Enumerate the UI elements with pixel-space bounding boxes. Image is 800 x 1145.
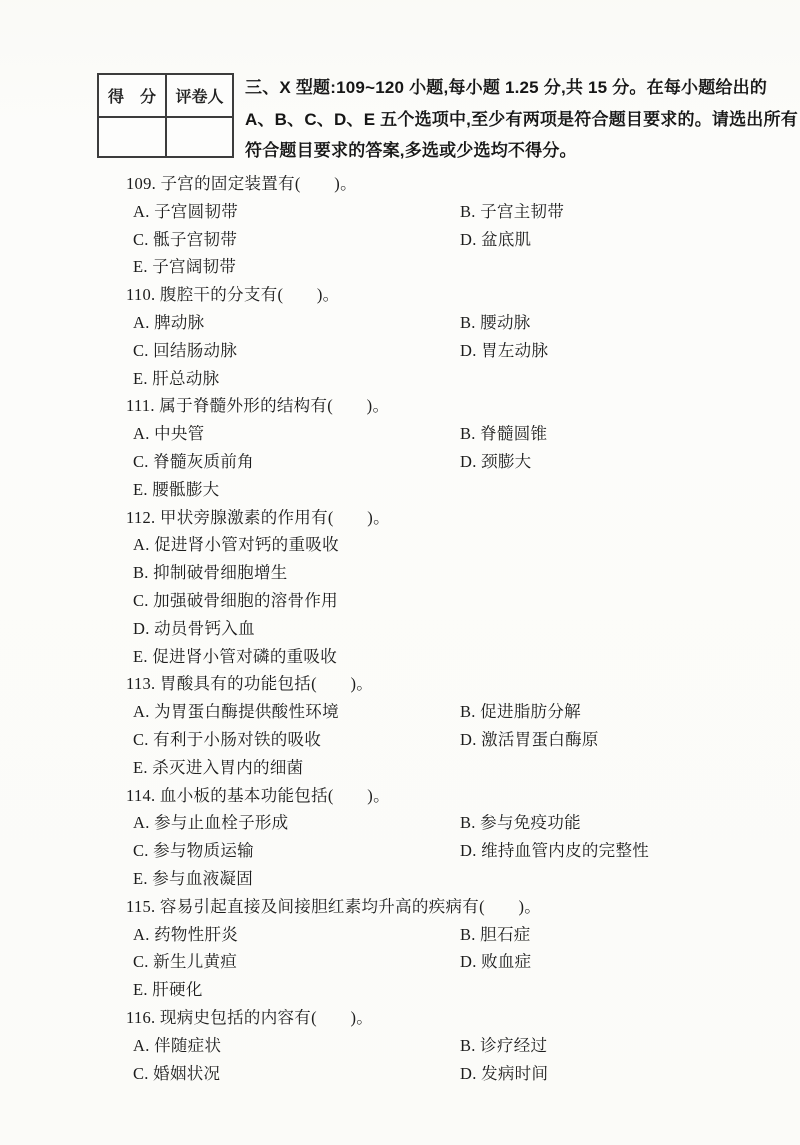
option-e: E. 子宫阔韧带 <box>0 253 236 281</box>
option-row: C. 有利于小肠对铁的吸收D. 激活胃蛋白酶原 <box>0 726 800 754</box>
question-stem-row: 109. 子宫的固定装置有( )。 <box>0 170 800 198</box>
option-b: B. 腰动脉 <box>460 309 531 337</box>
option-c: C. 有利于小肠对铁的吸收 <box>0 726 321 754</box>
section-instructions: 三、X 型题:109~120 小题,每小题 1.25 分,共 15 分。在每小题… <box>245 72 785 167</box>
option-row: E. 肝总动脉 <box>0 365 800 393</box>
option-c: C. 回结肠动脉 <box>0 337 237 365</box>
option-row: E. 促进肾小管对磷的重吸收 <box>0 643 800 671</box>
question-stem-row: 111. 属于脊髓外形的结构有( )。 <box>0 392 800 420</box>
option-e: E. 肝硬化 <box>0 976 203 1004</box>
option-c: C. 新生儿黄疸 <box>0 948 237 976</box>
option-a: A. 脾动脉 <box>0 309 204 337</box>
option-a: A. 中央管 <box>0 420 204 448</box>
option-b: B. 脊髓圆锥 <box>460 420 547 448</box>
option-a: A. 为胃蛋白酶提供酸性环境 <box>0 698 339 726</box>
question-stem-row: 115. 容易引起直接及间接胆红素均升高的疾病有( )。 <box>0 893 800 921</box>
scanned-exam-page: { "score_box": { "score_label": "得 分", "… <box>0 0 800 1145</box>
option-b: B. 诊疗经过 <box>460 1032 547 1060</box>
option-row: E. 子宫阔韧带 <box>0 253 800 281</box>
option-d: D. 盆底肌 <box>460 226 531 254</box>
option-row: C. 新生儿黄疸D. 败血症 <box>0 948 800 976</box>
option-row: A. 促进肾小管对钙的重吸收 <box>0 531 800 559</box>
option-d: D. 激活胃蛋白酶原 <box>460 726 599 754</box>
option-a: A. 参与止血栓子形成 <box>0 809 288 837</box>
option-row: A. 中央管B. 脊髓圆锥 <box>0 420 800 448</box>
option-a: A. 子宫圆韧带 <box>0 198 238 226</box>
option-row: D. 动员骨钙入血 <box>0 615 800 643</box>
option-c: C. 婚姻状况 <box>0 1060 220 1088</box>
option-row: C. 骶子宫韧带D. 盆底肌 <box>0 226 800 254</box>
question-stem-row: 114. 血小板的基本功能包括( )。 <box>0 782 800 810</box>
option-b: B. 胆石症 <box>460 921 531 949</box>
question-stem-row: 110. 腹腔干的分支有( )。 <box>0 281 800 309</box>
option-a: A. 伴随症状 <box>0 1032 221 1060</box>
option-row: A. 为胃蛋白酶提供酸性环境B. 促进脂肪分解 <box>0 698 800 726</box>
question-stem-row: 113. 胃酸具有的功能包括( )。 <box>0 670 800 698</box>
questions-list: 109. 子宫的固定装置有( )。A. 子宫圆韧带B. 子宫主韧带C. 骶子宫韧… <box>0 170 800 1087</box>
grader-cell-empty <box>167 118 232 156</box>
option-a: A. 药物性肝炎 <box>0 921 238 949</box>
option-e: E. 肝总动脉 <box>0 365 219 393</box>
option-row: A. 参与止血栓子形成B. 参与免疫功能 <box>0 809 800 837</box>
option-c: C. 骶子宫韧带 <box>0 226 237 254</box>
option-c: C. 加强破骨细胞的溶骨作用 <box>0 587 338 615</box>
option-d: D. 胃左动脉 <box>460 337 548 365</box>
option-d: D. 颈膨大 <box>460 448 531 476</box>
option-row: E. 参与血液凝固 <box>0 865 800 893</box>
instructions-line-2: A、B、C、D、E 五个选项中,至少有两项是符合题目要求的。请选出所有 <box>245 104 785 136</box>
option-row: C. 回结肠动脉D. 胃左动脉 <box>0 337 800 365</box>
option-row: B. 抑制破骨细胞增生 <box>0 559 800 587</box>
option-row: C. 脊髓灰质前角D. 颈膨大 <box>0 448 800 476</box>
question-stem-row: 112. 甲状旁腺激素的作用有( )。 <box>0 504 800 532</box>
option-d: D. 维持血管内皮的完整性 <box>460 837 649 865</box>
option-d: D. 败血症 <box>460 948 531 976</box>
instructions-line-3: 符合题目要求的答案,多选或少选均不得分。 <box>245 135 785 167</box>
option-e: E. 参与血液凝固 <box>0 865 253 893</box>
option-row: C. 加强破骨细胞的溶骨作用 <box>0 587 800 615</box>
option-e: E. 杀灭进入胃内的细菌 <box>0 754 303 782</box>
option-row: A. 药物性肝炎B. 胆石症 <box>0 921 800 949</box>
option-row: A. 子宫圆韧带B. 子宫主韧带 <box>0 198 800 226</box>
question-110-stem: 110. 腹腔干的分支有( )。 <box>0 281 339 309</box>
option-b: B. 促进脂肪分解 <box>460 698 581 726</box>
option-row: E. 肝硬化 <box>0 976 800 1004</box>
option-row: E. 杀灭进入胃内的细菌 <box>0 754 800 782</box>
question-111-stem: 111. 属于脊髓外形的结构有( )。 <box>0 392 389 420</box>
option-a: A. 促进肾小管对钙的重吸收 <box>0 531 339 559</box>
option-row: C. 婚姻状况D. 发病时间 <box>0 1060 800 1088</box>
score-grader-table: 得 分 评卷人 <box>97 73 234 158</box>
option-b: B. 子宫主韧带 <box>460 198 564 226</box>
option-d: D. 发病时间 <box>460 1060 548 1088</box>
option-b: B. 抑制破骨细胞增生 <box>0 559 288 587</box>
option-c: C. 脊髓灰质前角 <box>0 448 254 476</box>
question-115-stem: 115. 容易引起直接及间接胆红素均升高的疾病有( )。 <box>0 893 541 921</box>
question-109-stem: 109. 子宫的固定装置有( )。 <box>0 170 357 198</box>
option-c: C. 参与物质运输 <box>0 837 254 865</box>
option-row: A. 脾动脉B. 腰动脉 <box>0 309 800 337</box>
option-e: E. 腰骶膨大 <box>0 476 219 504</box>
score-cell-empty <box>99 118 167 156</box>
question-113-stem: 113. 胃酸具有的功能包括( )。 <box>0 670 373 698</box>
instructions-line-1: 三、X 型题:109~120 小题,每小题 1.25 分,共 15 分。在每小题… <box>245 72 785 104</box>
score-label: 得 分 <box>99 75 167 118</box>
question-116-stem: 116. 现病史包括的内容有( )。 <box>0 1004 373 1032</box>
option-row: A. 伴随症状B. 诊疗经过 <box>0 1032 800 1060</box>
option-d: D. 动员骨钙入血 <box>0 615 255 643</box>
option-row: E. 腰骶膨大 <box>0 476 800 504</box>
option-row: C. 参与物质运输D. 维持血管内皮的完整性 <box>0 837 800 865</box>
question-stem-row: 116. 现病史包括的内容有( )。 <box>0 1004 800 1032</box>
option-e: E. 促进肾小管对磷的重吸收 <box>0 643 337 671</box>
grader-label: 评卷人 <box>167 75 232 118</box>
question-112-stem: 112. 甲状旁腺激素的作用有( )。 <box>0 504 390 532</box>
option-b: B. 参与免疫功能 <box>460 809 581 837</box>
question-114-stem: 114. 血小板的基本功能包括( )。 <box>0 782 390 810</box>
